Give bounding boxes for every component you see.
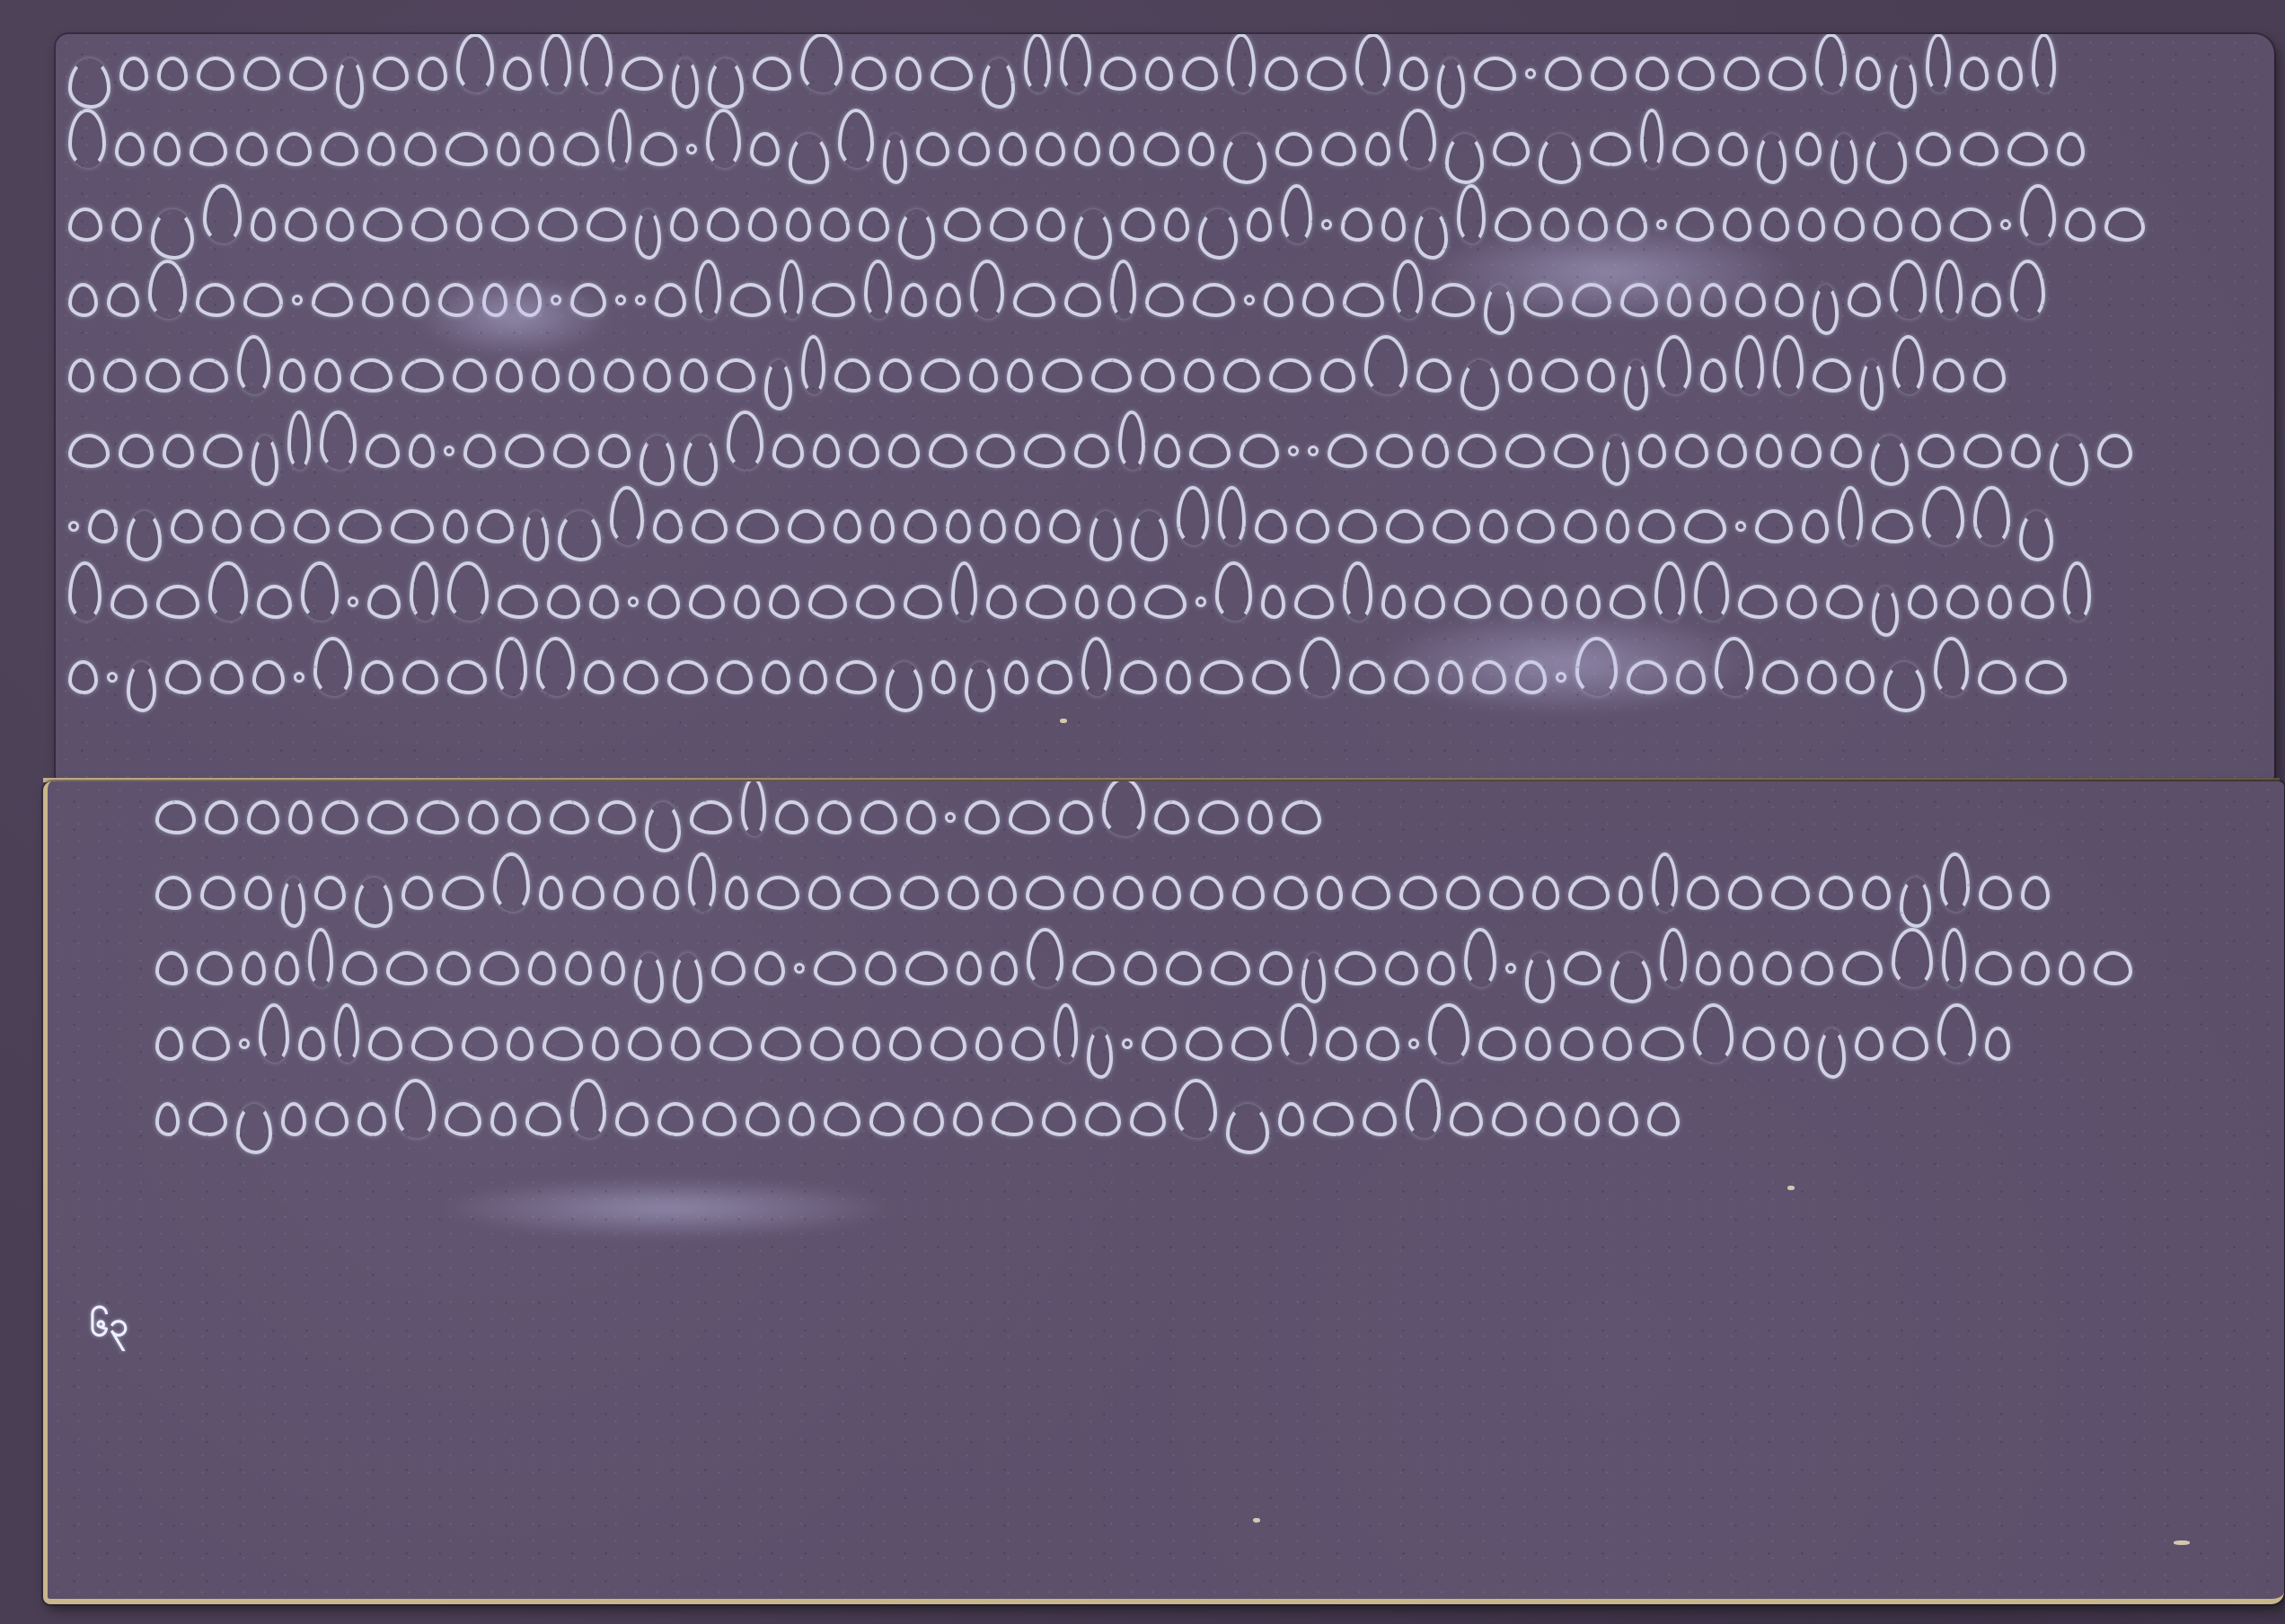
script-glyph bbox=[539, 876, 563, 910]
script-glyph bbox=[929, 434, 967, 468]
script-glyph bbox=[1226, 1104, 1269, 1154]
script-glyph bbox=[1433, 509, 1470, 543]
script-glyph bbox=[780, 260, 803, 319]
script-glyph bbox=[1911, 207, 1941, 242]
script-glyph bbox=[342, 951, 377, 985]
script-glyph bbox=[2063, 561, 2091, 621]
script-glyph bbox=[1937, 1003, 1976, 1063]
script-glyph bbox=[192, 1027, 230, 1061]
script-glyph bbox=[1024, 434, 1065, 468]
script-glyph bbox=[334, 1003, 359, 1063]
script-glyph bbox=[1198, 209, 1238, 260]
script-glyph bbox=[313, 637, 352, 696]
script-glyph bbox=[2097, 434, 2132, 468]
script-glyph bbox=[808, 585, 847, 619]
script-glyph bbox=[103, 358, 137, 393]
script-glyph bbox=[653, 509, 683, 543]
script-glyph bbox=[404, 132, 437, 166]
script-glyph bbox=[239, 1038, 250, 1049]
script-glyph bbox=[808, 876, 841, 910]
script-glyph bbox=[931, 660, 956, 694]
script-glyph bbox=[864, 260, 892, 319]
script-glyph bbox=[900, 876, 939, 910]
script-glyph bbox=[336, 58, 364, 109]
script-glyph bbox=[673, 953, 702, 1003]
script-glyph bbox=[244, 876, 272, 910]
paper-damage-speck bbox=[1253, 1518, 1260, 1522]
script-glyph bbox=[1933, 358, 1964, 393]
script-glyph bbox=[373, 57, 409, 91]
script-glyph bbox=[453, 358, 487, 393]
script-glyph bbox=[813, 434, 840, 468]
script-glyph bbox=[281, 878, 305, 928]
script-glyph bbox=[1479, 509, 1508, 543]
script-glyph bbox=[1007, 358, 1033, 393]
manuscript-text-line: [illegible Burmese script line] bbox=[68, 426, 2206, 476]
script-glyph bbox=[789, 1102, 815, 1136]
script-glyph bbox=[1288, 446, 1299, 456]
script-glyph bbox=[592, 1027, 619, 1061]
script-glyph bbox=[321, 132, 358, 166]
script-glyph bbox=[628, 1027, 662, 1061]
script-glyph bbox=[2050, 436, 2088, 486]
script-glyph bbox=[1916, 132, 1951, 166]
script-glyph bbox=[523, 511, 549, 561]
script-glyph bbox=[1619, 876, 1643, 910]
script-glyph bbox=[156, 585, 199, 619]
script-glyph bbox=[411, 1027, 453, 1061]
script-glyph bbox=[580, 34, 613, 93]
script-glyph bbox=[1963, 434, 2002, 468]
script-glyph bbox=[1926, 34, 1951, 93]
script-glyph bbox=[301, 561, 339, 621]
script-glyph bbox=[817, 800, 851, 834]
paper-damage-speck bbox=[1787, 1186, 1795, 1190]
script-glyph bbox=[127, 511, 162, 561]
script-glyph bbox=[800, 34, 843, 93]
script-glyph bbox=[1343, 561, 1372, 621]
script-glyph bbox=[1026, 876, 1064, 910]
script-glyph bbox=[1541, 358, 1578, 393]
script-glyph bbox=[1717, 434, 1747, 468]
script-glyph bbox=[1641, 1027, 1684, 1061]
script-glyph bbox=[247, 800, 279, 834]
script-glyph bbox=[68, 660, 98, 694]
script-glyph bbox=[1458, 434, 1496, 468]
script-glyph bbox=[1871, 436, 1909, 486]
script-glyph bbox=[558, 511, 601, 561]
script-glyph bbox=[1900, 878, 1931, 928]
script-glyph bbox=[1675, 434, 1708, 468]
script-glyph bbox=[2057, 132, 2085, 166]
script-glyph bbox=[869, 1102, 904, 1136]
script-glyph bbox=[1457, 184, 1486, 243]
script-glyph bbox=[367, 585, 401, 619]
script-glyph bbox=[1975, 951, 2012, 985]
script-glyph bbox=[904, 509, 937, 543]
script-glyph bbox=[946, 509, 971, 543]
script-glyph bbox=[445, 1102, 481, 1136]
script-glyph bbox=[1450, 1102, 1483, 1136]
script-glyph bbox=[706, 109, 741, 168]
script-glyph bbox=[1587, 358, 1615, 393]
script-glyph bbox=[1575, 1102, 1600, 1136]
manuscript-text-line: [illegible Burmese script line] bbox=[155, 868, 2248, 918]
script-glyph bbox=[1834, 207, 1865, 242]
script-glyph bbox=[1831, 134, 1857, 184]
script-glyph bbox=[635, 209, 661, 260]
script-glyph bbox=[288, 800, 313, 834]
script-glyph bbox=[2059, 951, 2085, 985]
script-glyph bbox=[850, 876, 891, 910]
script-glyph bbox=[367, 800, 408, 834]
script-glyph bbox=[446, 132, 488, 166]
manuscript-text-line: [illegible Burmese script line] bbox=[68, 577, 2206, 627]
script-glyph bbox=[1399, 57, 1428, 91]
script-glyph bbox=[969, 358, 998, 393]
script-glyph bbox=[905, 951, 948, 985]
script-glyph bbox=[951, 561, 977, 621]
script-glyph bbox=[1946, 585, 1979, 619]
script-glyph bbox=[895, 57, 922, 91]
script-glyph bbox=[1724, 57, 1760, 91]
script-glyph bbox=[357, 1102, 386, 1136]
script-glyph bbox=[1059, 800, 1093, 834]
script-glyph bbox=[1269, 358, 1311, 393]
script-glyph bbox=[155, 1027, 183, 1061]
script-glyph bbox=[1979, 876, 2012, 910]
script-glyph bbox=[363, 207, 402, 242]
script-glyph bbox=[1602, 1027, 1632, 1061]
script-glyph bbox=[1248, 800, 1273, 834]
script-glyph bbox=[155, 1102, 180, 1136]
script-glyph bbox=[1474, 57, 1516, 91]
script-glyph bbox=[1166, 951, 1202, 985]
script-glyph bbox=[1846, 660, 1875, 694]
script-glyph bbox=[1735, 335, 1764, 394]
script-glyph bbox=[127, 662, 156, 712]
script-glyph bbox=[730, 283, 771, 317]
script-glyph bbox=[1261, 585, 1285, 619]
script-glyph bbox=[275, 951, 299, 985]
script-glyph bbox=[584, 660, 614, 694]
script-glyph bbox=[1054, 1003, 1078, 1063]
script-glyph bbox=[2065, 207, 2095, 242]
script-glyph bbox=[608, 109, 631, 168]
script-glyph bbox=[1081, 637, 1111, 696]
script-glyph bbox=[1317, 876, 1343, 910]
script-glyph bbox=[667, 660, 708, 694]
script-glyph bbox=[1013, 283, 1055, 317]
script-glyph bbox=[1321, 132, 1356, 166]
script-glyph bbox=[990, 207, 1028, 242]
script-glyph bbox=[1771, 876, 1810, 910]
script-glyph bbox=[1760, 207, 1789, 242]
script-glyph bbox=[314, 876, 346, 910]
script-glyph bbox=[686, 144, 697, 154]
script-glyph bbox=[1988, 585, 2012, 619]
script-glyph bbox=[1872, 587, 1899, 637]
script-glyph bbox=[1610, 953, 1651, 1003]
script-glyph bbox=[1281, 1003, 1317, 1063]
script-glyph bbox=[1275, 132, 1312, 166]
script-glyph bbox=[572, 876, 604, 910]
text-lines-upper: [illegible Burmese script line][illegibl… bbox=[56, 34, 2274, 780]
manuscript-text-line: [illegible Burmese script line] bbox=[155, 1019, 2248, 1069]
script-glyph bbox=[1307, 57, 1346, 91]
script-glyph bbox=[860, 800, 897, 834]
script-glyph bbox=[2007, 132, 2048, 166]
script-glyph bbox=[1145, 57, 1173, 91]
script-glyph bbox=[1517, 509, 1555, 543]
script-glyph bbox=[615, 295, 626, 305]
script-glyph bbox=[190, 132, 227, 166]
script-glyph bbox=[1131, 511, 1168, 561]
script-glyph bbox=[1141, 358, 1175, 393]
script-glyph bbox=[1326, 1027, 1357, 1061]
script-glyph bbox=[165, 660, 201, 694]
script-glyph bbox=[538, 207, 578, 242]
script-glyph bbox=[1819, 876, 1853, 910]
script-glyph bbox=[456, 34, 494, 93]
erasure-smudge bbox=[434, 1177, 901, 1240]
script-glyph bbox=[257, 585, 292, 619]
script-glyph bbox=[1525, 953, 1555, 1003]
script-glyph bbox=[1190, 876, 1223, 910]
script-glyph bbox=[1791, 434, 1822, 468]
script-glyph bbox=[155, 876, 191, 910]
script-glyph bbox=[536, 637, 575, 696]
script-glyph bbox=[1884, 662, 1925, 712]
script-glyph bbox=[339, 509, 382, 543]
manuscript-panel-upper: [illegible Burmese script line][illegibl… bbox=[56, 34, 2274, 780]
script-glyph bbox=[906, 800, 936, 834]
script-glyph bbox=[859, 207, 889, 242]
script-glyph bbox=[1042, 1102, 1076, 1136]
script-glyph bbox=[401, 876, 433, 910]
script-glyph bbox=[1259, 951, 1292, 985]
script-glyph bbox=[754, 951, 785, 985]
script-glyph bbox=[148, 260, 187, 319]
line-text: [illegible Burmese script line] bbox=[68, 74, 69, 75]
script-glyph bbox=[1660, 928, 1687, 987]
script-glyph bbox=[1856, 57, 1881, 91]
script-glyph bbox=[958, 132, 990, 166]
script-glyph bbox=[615, 1102, 648, 1136]
script-glyph bbox=[1892, 928, 1933, 987]
script-glyph bbox=[613, 876, 644, 910]
script-glyph bbox=[1188, 132, 1214, 166]
script-glyph bbox=[243, 283, 283, 317]
script-glyph bbox=[1193, 283, 1235, 317]
script-glyph bbox=[477, 509, 514, 543]
script-glyph bbox=[1802, 509, 1829, 543]
script-glyph bbox=[1376, 434, 1413, 468]
script-glyph bbox=[986, 585, 1017, 619]
script-glyph bbox=[2000, 219, 2011, 230]
script-glyph bbox=[1807, 660, 1837, 694]
script-glyph bbox=[1838, 486, 1863, 545]
script-glyph bbox=[1742, 1027, 1775, 1061]
script-glyph bbox=[1525, 68, 1536, 79]
script-glyph bbox=[447, 660, 487, 694]
script-glyph bbox=[367, 132, 395, 166]
script-glyph bbox=[1693, 1003, 1734, 1063]
script-glyph bbox=[635, 295, 646, 305]
script-glyph bbox=[1320, 358, 1355, 393]
script-glyph bbox=[1308, 446, 1319, 456]
script-glyph bbox=[1694, 561, 1729, 621]
script-glyph bbox=[640, 132, 677, 166]
manuscript-text-line: [illegible Burmese script line] bbox=[155, 943, 2248, 993]
script-glyph bbox=[442, 876, 484, 910]
script-glyph bbox=[409, 434, 435, 468]
script-glyph bbox=[115, 132, 145, 166]
script-glyph bbox=[1247, 207, 1272, 242]
script-glyph bbox=[734, 585, 760, 619]
script-glyph bbox=[1399, 109, 1436, 168]
script-glyph bbox=[205, 800, 238, 834]
script-glyph bbox=[401, 358, 444, 393]
script-glyph bbox=[1640, 109, 1663, 168]
script-glyph bbox=[68, 521, 79, 532]
script-glyph bbox=[1121, 207, 1155, 242]
script-glyph bbox=[727, 410, 763, 470]
script-glyph bbox=[1505, 963, 1516, 974]
script-glyph bbox=[788, 509, 825, 543]
script-glyph bbox=[111, 207, 142, 242]
manuscript-panel-lower: [illegible Burmese script line][illegibl… bbox=[43, 781, 2284, 1604]
script-glyph bbox=[1890, 58, 1917, 109]
script-glyph bbox=[1416, 358, 1451, 393]
script-glyph bbox=[2021, 951, 2050, 985]
script-glyph bbox=[1606, 509, 1629, 543]
script-glyph bbox=[208, 561, 248, 621]
script-glyph bbox=[1787, 585, 1817, 619]
script-glyph bbox=[1211, 951, 1250, 985]
script-glyph bbox=[1564, 509, 1597, 543]
script-glyph bbox=[1113, 876, 1143, 910]
script-glyph bbox=[532, 358, 560, 393]
script-glyph bbox=[1085, 1102, 1121, 1136]
script-glyph bbox=[279, 358, 305, 393]
script-glyph bbox=[547, 585, 580, 619]
script-glyph bbox=[1118, 410, 1145, 470]
script-glyph bbox=[107, 672, 118, 683]
script-glyph bbox=[789, 134, 829, 184]
script-glyph bbox=[1590, 132, 1631, 166]
script-glyph bbox=[634, 953, 664, 1003]
script-glyph bbox=[1255, 509, 1287, 543]
script-glyph bbox=[2010, 260, 2045, 319]
script-glyph bbox=[355, 878, 393, 928]
script-glyph bbox=[1281, 184, 1312, 243]
script-glyph bbox=[688, 852, 716, 912]
script-glyph bbox=[200, 876, 235, 910]
script-glyph bbox=[1428, 1003, 1469, 1063]
script-glyph bbox=[528, 951, 556, 985]
script-glyph bbox=[849, 434, 879, 468]
script-glyph bbox=[507, 800, 541, 834]
script-glyph bbox=[1718, 132, 1748, 166]
script-glyph bbox=[598, 800, 636, 834]
script-glyph bbox=[883, 134, 907, 184]
script-glyph bbox=[1874, 207, 1902, 242]
script-glyph bbox=[285, 207, 317, 242]
script-glyph bbox=[1892, 335, 1924, 394]
script-glyph bbox=[1427, 951, 1455, 985]
script-glyph bbox=[68, 434, 110, 468]
script-glyph bbox=[1296, 509, 1329, 543]
script-glyph bbox=[991, 951, 1018, 985]
script-glyph bbox=[2021, 876, 2050, 910]
script-glyph bbox=[1762, 951, 1792, 985]
script-glyph bbox=[1075, 585, 1098, 619]
script-glyph bbox=[604, 358, 634, 393]
script-glyph bbox=[155, 951, 188, 985]
script-glyph bbox=[936, 283, 961, 317]
script-glyph bbox=[1300, 637, 1340, 696]
script-glyph bbox=[707, 207, 739, 242]
script-glyph bbox=[775, 800, 808, 834]
script-glyph bbox=[980, 509, 1006, 543]
script-glyph bbox=[1738, 585, 1778, 619]
script-glyph bbox=[361, 660, 393, 694]
paper-damage-speck bbox=[2174, 1540, 2190, 1545]
script-glyph bbox=[1338, 509, 1377, 543]
script-glyph bbox=[1755, 509, 1793, 543]
script-glyph bbox=[197, 951, 233, 985]
script-glyph bbox=[68, 207, 102, 242]
script-glyph bbox=[1798, 207, 1825, 242]
script-glyph bbox=[146, 358, 181, 393]
script-glyph bbox=[680, 358, 708, 393]
script-glyph bbox=[2032, 34, 2056, 93]
script-glyph bbox=[1536, 1102, 1566, 1136]
script-glyph bbox=[851, 57, 887, 91]
script-glyph bbox=[1278, 1102, 1304, 1136]
script-glyph bbox=[1687, 876, 1719, 910]
script-glyph bbox=[1652, 852, 1678, 912]
script-glyph bbox=[1381, 585, 1406, 619]
script-glyph bbox=[717, 358, 755, 393]
script-glyph bbox=[931, 57, 973, 91]
script-glyph bbox=[1004, 660, 1028, 694]
script-glyph bbox=[1215, 561, 1252, 621]
script-glyph bbox=[490, 1102, 516, 1136]
script-glyph bbox=[1049, 509, 1081, 543]
script-glyph bbox=[589, 585, 619, 619]
script-glyph bbox=[888, 434, 920, 468]
script-glyph bbox=[1352, 876, 1390, 910]
script-glyph bbox=[1422, 434, 1449, 468]
script-glyph bbox=[1152, 876, 1181, 910]
script-glyph bbox=[237, 335, 270, 394]
script-glyph bbox=[287, 410, 311, 470]
script-glyph bbox=[810, 1027, 843, 1061]
script-glyph bbox=[447, 561, 489, 621]
script-glyph bbox=[203, 184, 242, 243]
manuscript-text-line: [illegible Burmese script line] bbox=[155, 792, 1350, 843]
script-glyph bbox=[1730, 951, 1753, 985]
script-glyph bbox=[1560, 1027, 1593, 1061]
script-glyph bbox=[1493, 132, 1530, 166]
script-glyph bbox=[1460, 360, 1499, 410]
script-glyph bbox=[348, 596, 358, 607]
script-glyph bbox=[710, 1027, 752, 1061]
script-glyph bbox=[1027, 928, 1063, 987]
script-glyph bbox=[197, 57, 234, 91]
